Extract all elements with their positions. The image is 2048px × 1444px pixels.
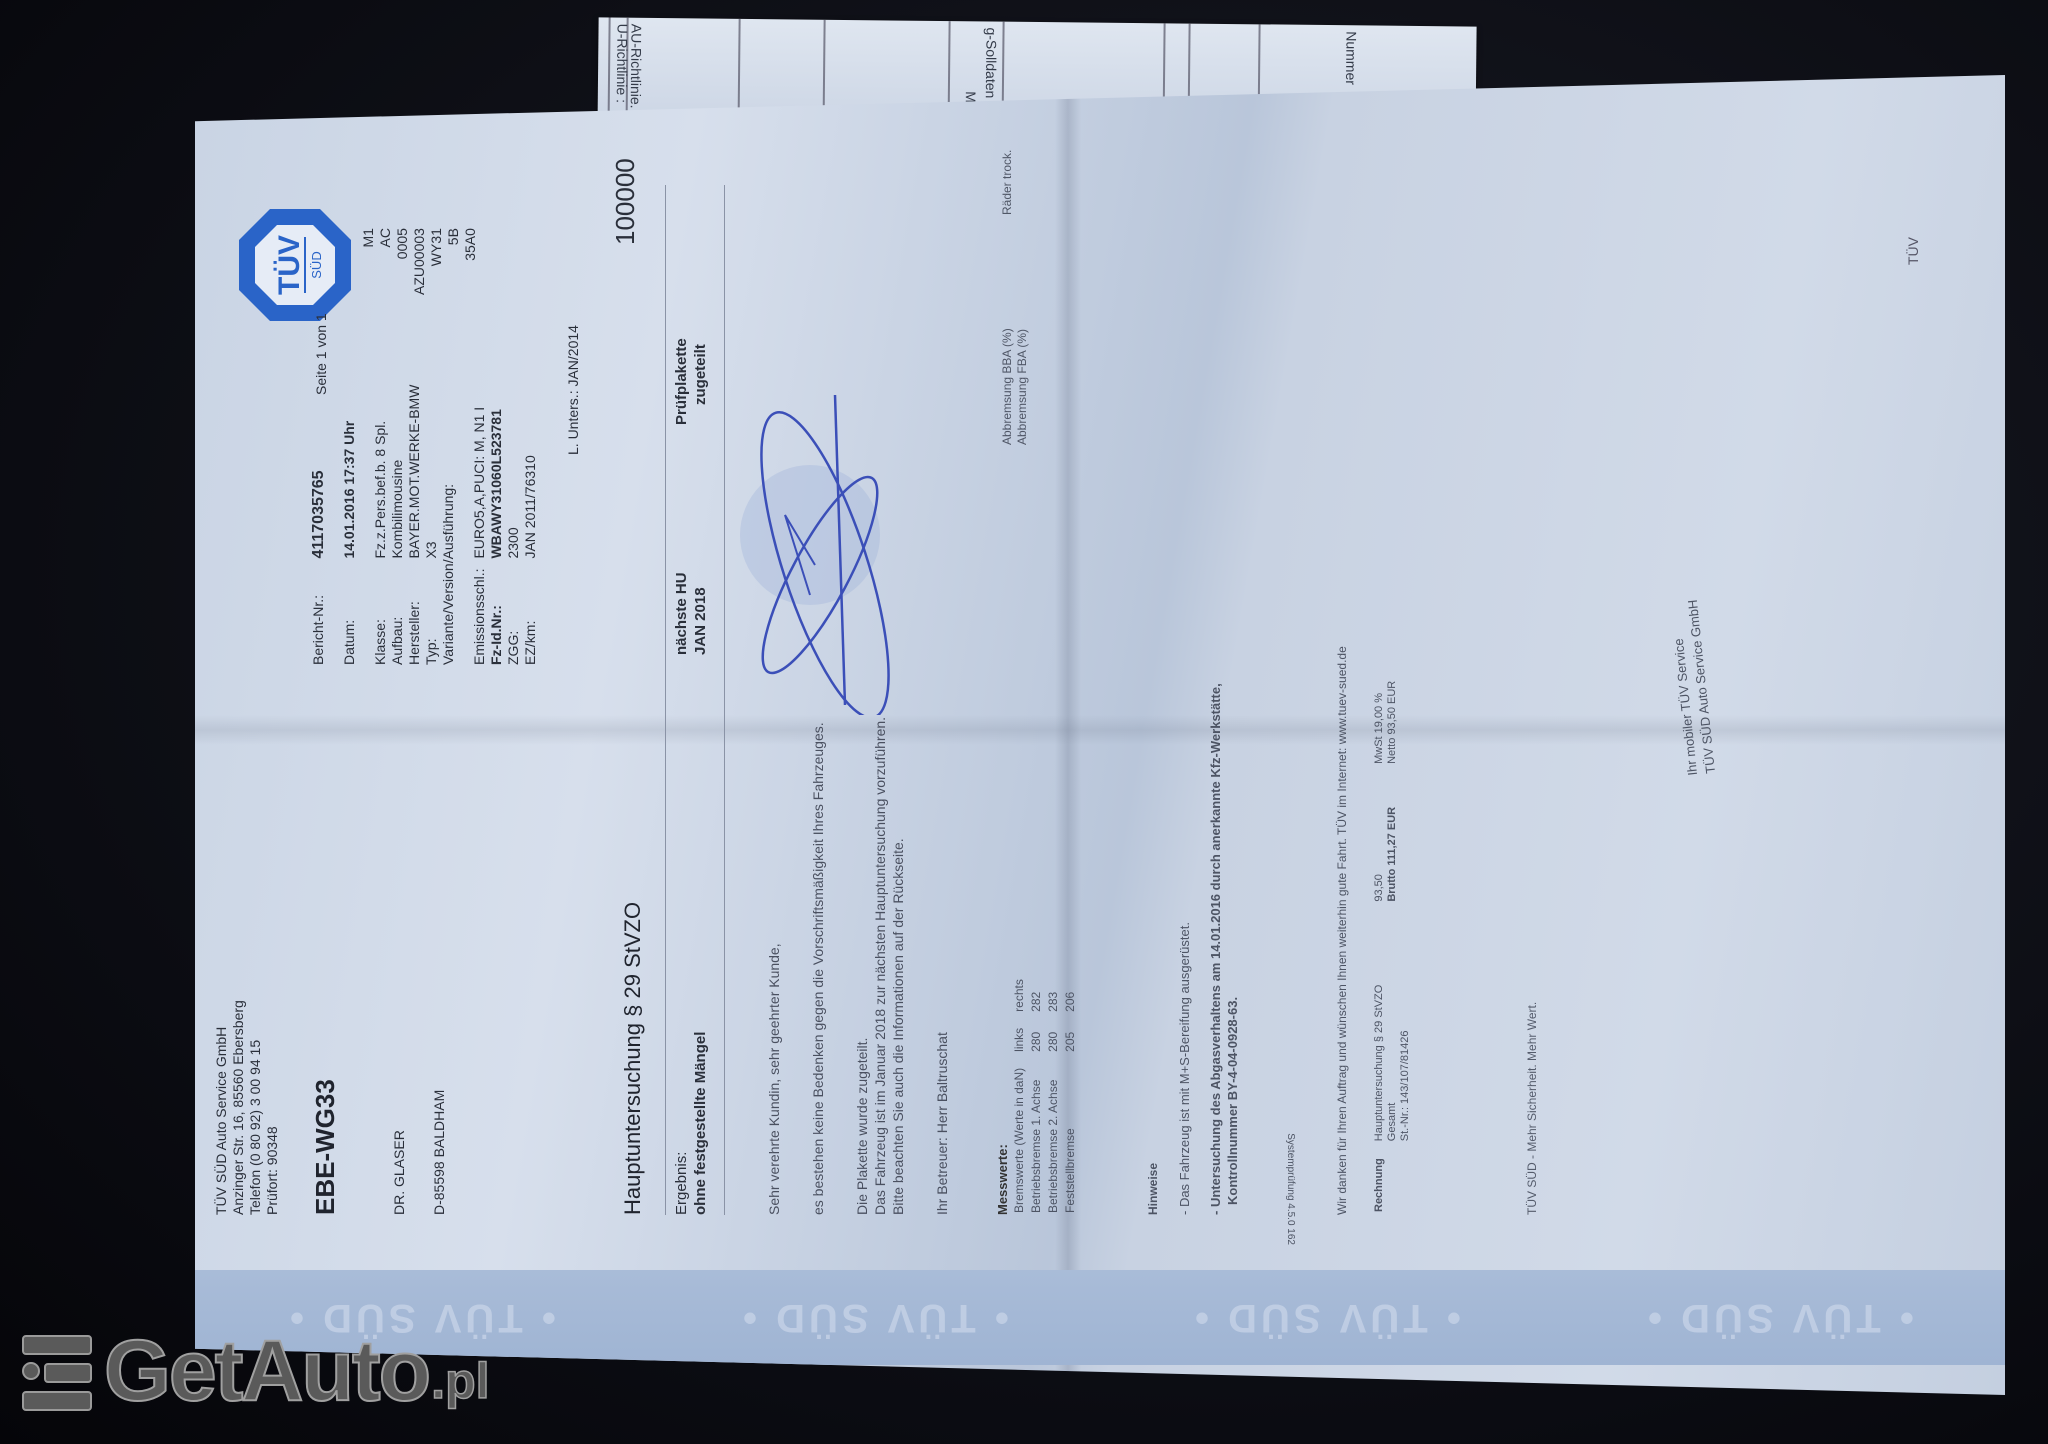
- inspection-title: Hauptuntersuchung § 29 StVZO: [620, 902, 646, 1215]
- watermark-brand: GetAuto: [104, 1328, 429, 1414]
- field-value: X3: [423, 375, 440, 559]
- tuv-sud-octagon-logo-icon: TÜV SÜD: [235, 205, 355, 325]
- table-cell: Betriebsbremse 1. Achse: [1029, 1054, 1044, 1213]
- field-label: Klasse:: [372, 559, 389, 665]
- field-label: Variante/Version/Ausführung:: [440, 375, 457, 665]
- next-inspection-value: JAN 2018: [691, 572, 710, 655]
- table-header: Bremswerte (Werte in daN): [1012, 1054, 1027, 1213]
- footer-brand-text: • TÜV SÜD •: [1644, 1295, 1914, 1340]
- code-value: 35A0: [462, 228, 479, 295]
- owner-name: DR. GLASER: [390, 1090, 408, 1215]
- closing-signature: Ihr mobiler TÜV Service TÜV SÜD Auto Ser…: [1666, 599, 1720, 777]
- note-item: - Untersuchung des Abgasverhaltens am 14…: [1207, 215, 1224, 1215]
- back-sheet-text: U-Richtlinie :: [614, 24, 631, 104]
- field-label: Datum:: [341, 559, 358, 665]
- letter-body: Sehr verehrte Kundin, sehr geehrter Kund…: [765, 215, 977, 1215]
- vehicle-codes: M1 AC 0005 AZU00003 WY31 5B 35A0: [360, 228, 479, 295]
- field-label: EZ/km:: [522, 559, 539, 665]
- field-value: EURO5,A,PUCI: M, N1 I: [471, 375, 488, 559]
- issuer-phone: Telefon (0 80 92) 3 00 94 15: [247, 1000, 264, 1215]
- measurements: Messwerte: Bremswerte (Werte in daN)link…: [995, 963, 1080, 1215]
- brake-ratio: Abbremsung BBA (%): [1000, 328, 1015, 445]
- table-row: Feststellbremse205206: [1063, 965, 1078, 1213]
- billing-line: Gesamt: [1386, 985, 1399, 1142]
- advisor: Ihr Betreuer: Herr Baltruschat: [933, 215, 951, 1215]
- back-sheet-text: Nummer: [1343, 31, 1360, 85]
- issuer-street: Anzinger Str. 16, 85560 Ebersberg: [230, 1000, 247, 1215]
- field-value: BAYER.MOT.WERKE-BMW: [406, 375, 423, 559]
- note-item: - Das Fahrzeug ist mit M+S-Bereifung aus…: [1176, 215, 1193, 1215]
- footer-brand-text: • TÜV SÜD •: [1191, 1295, 1461, 1340]
- issuer-station: Prüfort: 90348: [264, 1000, 281, 1215]
- table-cell: 206: [1063, 965, 1078, 1012]
- owner-address: DR. GLASER D-85598 BALDHAM: [390, 1090, 470, 1215]
- measurements-title: Messwerte:: [995, 963, 1010, 1215]
- table-row: Betriebsbremse 1. Achse280282: [1029, 965, 1044, 1213]
- field-label: Bericht-Nr.:: [310, 559, 327, 665]
- letter-text: Das Fahrzeug ist im Januar 2018 zur näch…: [871, 215, 889, 1215]
- billing-amount: 93,50: [1373, 807, 1386, 902]
- ratio-note: Räder trock.: [1000, 150, 1015, 215]
- table-cell: 205: [1063, 1014, 1078, 1052]
- billing-total: Brutto 111,27 EUR: [1386, 807, 1399, 902]
- field-label: Typ:: [423, 559, 440, 665]
- code-value: 5B: [445, 228, 462, 295]
- report-content: TÜV SÜD Auto Service GmbH Anzinger Str. …: [195, 95, 1975, 1275]
- code-value: WY31: [428, 228, 445, 295]
- field-label: Hersteller:: [406, 559, 423, 665]
- note-item: Kontrollnummer BY-4-04-0928-63.: [1224, 215, 1241, 1215]
- issuer-name: TÜV SÜD Auto Service GmbH: [213, 1000, 230, 1215]
- last-inspection: L. Unters.: JAN/2014: [565, 325, 581, 455]
- field-value: 2300: [505, 375, 522, 559]
- getauto-watermark: GetAuto .pl: [22, 1328, 490, 1414]
- getauto-list-icon: [22, 1335, 92, 1407]
- table-cell: 280: [1029, 1014, 1044, 1052]
- license-plate: EBE-WG33: [310, 1079, 341, 1215]
- field-value: JAN 2011/76310: [522, 375, 539, 559]
- watermark-tld: .pl: [431, 1352, 489, 1410]
- code-value: AZU00003: [411, 228, 428, 295]
- billing-line: St.-Nr.: 143/107/81426: [1399, 985, 1412, 1142]
- owner-city: D-85598 BALDHAM: [430, 1090, 448, 1215]
- result-value: ohne festgestellte Mängel: [691, 1032, 710, 1215]
- slogan: TÜV SÜD - Mehr Sicherheit. Mehr Wert.: [1525, 1002, 1539, 1215]
- letter-text: Die Plakette wurde zugeteilt.: [853, 215, 871, 1215]
- billing-amount: Netto 93,50 EUR: [1386, 681, 1399, 764]
- table-row: Betriebsbremse 2. Achse280283: [1046, 965, 1061, 1213]
- footer-brand-text: • TÜV SÜD •: [739, 1295, 1009, 1340]
- billing-label: Rechnung: [1372, 1144, 1413, 1213]
- field-label: Fz-Id.Nr.:: [488, 559, 505, 665]
- page-indicator: Seite 1 von 1: [313, 313, 329, 395]
- field-label: Emissionsschl.:: [471, 559, 488, 665]
- report-details: Bericht-Nr.:4117035765 Datum:14.01.2016 …: [310, 375, 539, 665]
- result-label: Ergebnis:: [672, 1032, 691, 1215]
- sticker-label: Prüfplakette: [672, 338, 691, 425]
- signature-icon: [715, 385, 915, 715]
- sticker-value: zugeteilt: [691, 338, 710, 425]
- table-header: links: [1012, 1014, 1027, 1052]
- report-date: 14.01.2016 17:37 Uhr: [341, 375, 358, 559]
- next-inspection-label: nächste HU: [672, 572, 691, 655]
- letter-text: es bestehen keine Bedenken gegen die Vor…: [809, 215, 827, 1215]
- table-cell: Betriebsbremse 2. Achse: [1046, 1054, 1061, 1213]
- brake-ratio: Abbremsung FBA (%): [1015, 328, 1030, 445]
- table-cell: 283: [1046, 965, 1061, 1012]
- code-value: 0005: [394, 228, 411, 295]
- table-header: rechts: [1012, 965, 1027, 1012]
- field-value: Kombilimousine: [389, 375, 406, 559]
- back-sheet-text: g-Solldaten: [983, 27, 1000, 98]
- report-number: 4117035765: [310, 375, 327, 559]
- notes-section: Hinweise - Das Fahrzeug ist mit M+S-Bere…: [1145, 215, 1241, 1215]
- code-value: M1: [360, 228, 377, 295]
- field-label: Aufbau:: [389, 559, 406, 665]
- issuer-address: TÜV SÜD Auto Service GmbH Anzinger Str. …: [213, 1000, 281, 1215]
- inspection-report-document: • TÜV SÜD • • TÜV SÜD • • TÜV SÜD • • TÜ…: [195, 75, 2005, 1395]
- letter-text: Bitte beachten Sie auch die Informatione…: [889, 215, 907, 1215]
- vin-value: WBAWY31060L523781: [488, 375, 505, 559]
- table-cell: 280: [1046, 1014, 1061, 1052]
- form-id: Systemprüfung 4.5.0 162: [1285, 1133, 1296, 1245]
- notes-title: Hinweise: [1145, 215, 1162, 1215]
- svg-text:TÜV: TÜV: [273, 235, 306, 295]
- table-cell: Feststellbremse: [1063, 1054, 1078, 1213]
- inspection-code: 100000: [610, 158, 641, 245]
- letter-greeting: Sehr verehrte Kundin, sehr geehrter Kund…: [765, 215, 783, 1215]
- tuv-mini-logo-icon: TÜV: [1905, 237, 1921, 265]
- svg-text:SÜD: SÜD: [309, 251, 324, 278]
- billing-amount: MwSt 19,00 %: [1373, 681, 1386, 764]
- table-cell: 282: [1029, 965, 1044, 1012]
- field-value: Fz.z.Pers.bef.b. 8 Spl.: [372, 375, 389, 559]
- thanks-text: Wir danken für Ihren Auftrag und wünsche…: [1335, 165, 1350, 1215]
- field-label: ZGG:: [505, 559, 522, 665]
- code-value: AC: [377, 228, 394, 295]
- billing: Rechnung Hauptuntersuchung § 29 StVZO Ge…: [1370, 678, 1415, 1215]
- billing-line: Hauptuntersuchung § 29 StVZO: [1373, 985, 1386, 1142]
- brake-ratios: Abbremsung BBA (%) Abbremsung FBA (%): [1000, 328, 1030, 445]
